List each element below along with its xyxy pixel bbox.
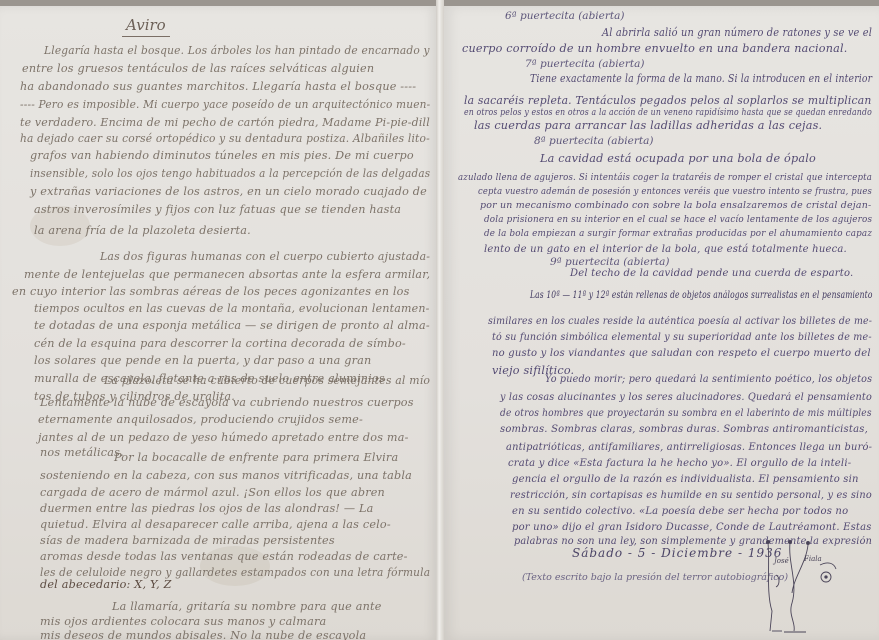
left-line: ha abandonado sus guantes marchitos. Lle… [20, 80, 416, 93]
left-line: y extrañas variaciones de los astros, en… [30, 185, 427, 198]
right-line: por un mecanismo combinado con sobre la … [480, 200, 871, 211]
right-line: sombras. Sombras claras, sombras duras. … [500, 424, 868, 435]
section-heading: 9ª puertecita (abierta) [550, 256, 669, 268]
left-line: del abecedario: X, Y, Z [40, 578, 172, 591]
section-heading: 8ª puertecita (abierta) [534, 135, 653, 147]
right-line: Yo puedo morir; pero quedará la sentimie… [545, 374, 872, 385]
right-line: similares en los cuales reside la autént… [488, 316, 872, 327]
right-line: tó su función simbólica elemental y su s… [492, 332, 872, 343]
left-line: entre los gruesos tentáculos de las raíc… [22, 62, 374, 75]
left-line: ---- Pero es imposible. Mi cuerpo yace p… [20, 98, 430, 111]
left-line: aromas desde todas las ventanas que está… [40, 550, 408, 563]
right-line: la sacaréis repleta. Tentáculos pegados … [464, 94, 871, 107]
right-line: de la bola empiezan a surgir formar extr… [484, 228, 872, 239]
section-heading: 6ª puertecita (abierta) [505, 10, 624, 22]
right-line: cepta vuestro ademán de posesión y enton… [478, 186, 872, 197]
left-line: La plazoleta se ha cubierto de cuerpos s… [104, 374, 430, 387]
left-line: sías de madera barnizada de miradas pers… [40, 534, 335, 547]
left-line: mis ojos ardientes colocara sus manos y … [40, 615, 326, 628]
left-line: mis deseos de mundos abisales. No la nub… [40, 629, 366, 640]
section-heading: 7ª puertecita (abierta) [525, 58, 644, 70]
manuscript-date: Sábado - 5 - Diciembre - 1936 [572, 546, 782, 560]
right-line: las cuerdas para arrancar las ladillas a… [474, 119, 822, 132]
right-line: por uno» dijo el gran Isidoro Ducasse, C… [512, 522, 872, 533]
right-line: en su sentido colectivo. «La poesía debe… [512, 506, 848, 517]
right-line: Del techo de la cavidad pende una cuerda… [570, 268, 853, 279]
right-line: dola prisionera en su interior en el cua… [484, 214, 872, 225]
right-line: Las 10ª — 11ª y 12ª están rellenas de ob… [530, 290, 873, 301]
left-line: te dotadas de una esponja metálica — se … [34, 319, 430, 332]
left-line: nos metálicas. [40, 446, 124, 459]
right-line: azulado llena de agujeros. Si intentáis … [458, 172, 872, 183]
figure-sketch-icon: José Fiala [758, 533, 848, 635]
left-line: cén de la esquina para descorrer la cort… [34, 337, 406, 350]
left-line: cargada de acero de mármol azul. ¡Son el… [40, 486, 385, 499]
left-page-title: Aviro [122, 16, 170, 37]
left-line: grafos van habiendo diminutos túneles en… [30, 149, 414, 162]
right-line: de otros hombres que proyectarán su somb… [500, 408, 872, 419]
right-line: lento de un gato en el interior de la bo… [484, 244, 847, 255]
left-line: La llamaría, gritaría su nombre para que… [112, 600, 382, 613]
right-line: no gusto y los viandantes que saludan co… [492, 348, 871, 359]
left-line: la arena fría de la plazoleta desierta. [34, 224, 251, 237]
left-line: duermen entre las piedras los ojos de la… [40, 502, 374, 515]
left-line: Lentamente la nube de escayola va cubrie… [40, 396, 414, 409]
right-line: Al abrirla salió un gran número de raton… [602, 26, 872, 39]
right-line: antipatrióticas, antifamiliares, antirre… [506, 442, 872, 453]
left-line: los solares que pende en la puerta, y da… [34, 354, 371, 367]
left-line: ha dejado caer su corsé ortopédico y su … [20, 132, 430, 145]
left-line: tiempos ocultos en las cuevas de la mont… [34, 302, 430, 315]
left-line: quietud. Elvira al desaparecer calle arr… [40, 518, 391, 531]
right-line: restricción, sin cortapisas es humilde e… [510, 490, 872, 501]
sketch-label: José [772, 557, 789, 565]
left-line: te verdadero. Encima de mi pecho de cart… [20, 116, 430, 129]
left-line: mente de lentejuelas que permanecen abso… [24, 268, 430, 281]
left-line: jantes al de un pedazo de yeso húmedo ap… [38, 431, 409, 444]
left-line: insensible, solo los ojos tengo habituad… [30, 167, 430, 180]
right-line: y las cosas alucinantes y los seres aluc… [500, 392, 872, 403]
left-line: astros inverosímiles y fijos con luz fat… [34, 203, 401, 216]
left-line: sosteniendo en la cabeza, con sus manos … [40, 469, 412, 482]
right-line: La cavidad está ocupada por una bola de … [540, 152, 816, 165]
manuscript-spread: Aviro Llegaría hasta el bosque. Los árbo… [0, 0, 879, 640]
right-line: crata y dice «Esta factura la he hecho y… [508, 458, 851, 469]
sketch-label: Fiala [803, 555, 822, 563]
right-line: Tiene exactamente la forma de la mano. S… [530, 72, 872, 85]
left-line: Llegaría hasta el bosque. Los árboles lo… [44, 44, 430, 57]
left-line: Las dos figuras humanas con el cuerpo cu… [100, 250, 430, 263]
left-line: en cuyo interior las sombras aéreas de l… [12, 285, 410, 298]
author-note: (Texto escrito bajo la presión del terro… [522, 572, 788, 583]
right-line: en otros pelos y estos en otros a la acc… [464, 108, 872, 118]
left-line: Por la bocacalle de enfrente para primer… [114, 451, 398, 464]
right-line: gencia el orgullo de la razón es individ… [512, 474, 859, 485]
book-gutter [436, 0, 444, 640]
right-line: cuerpo corroído de un hombre envuelto en… [462, 42, 848, 55]
left-line: eternamente anquilosados, produciendo cr… [38, 413, 363, 426]
